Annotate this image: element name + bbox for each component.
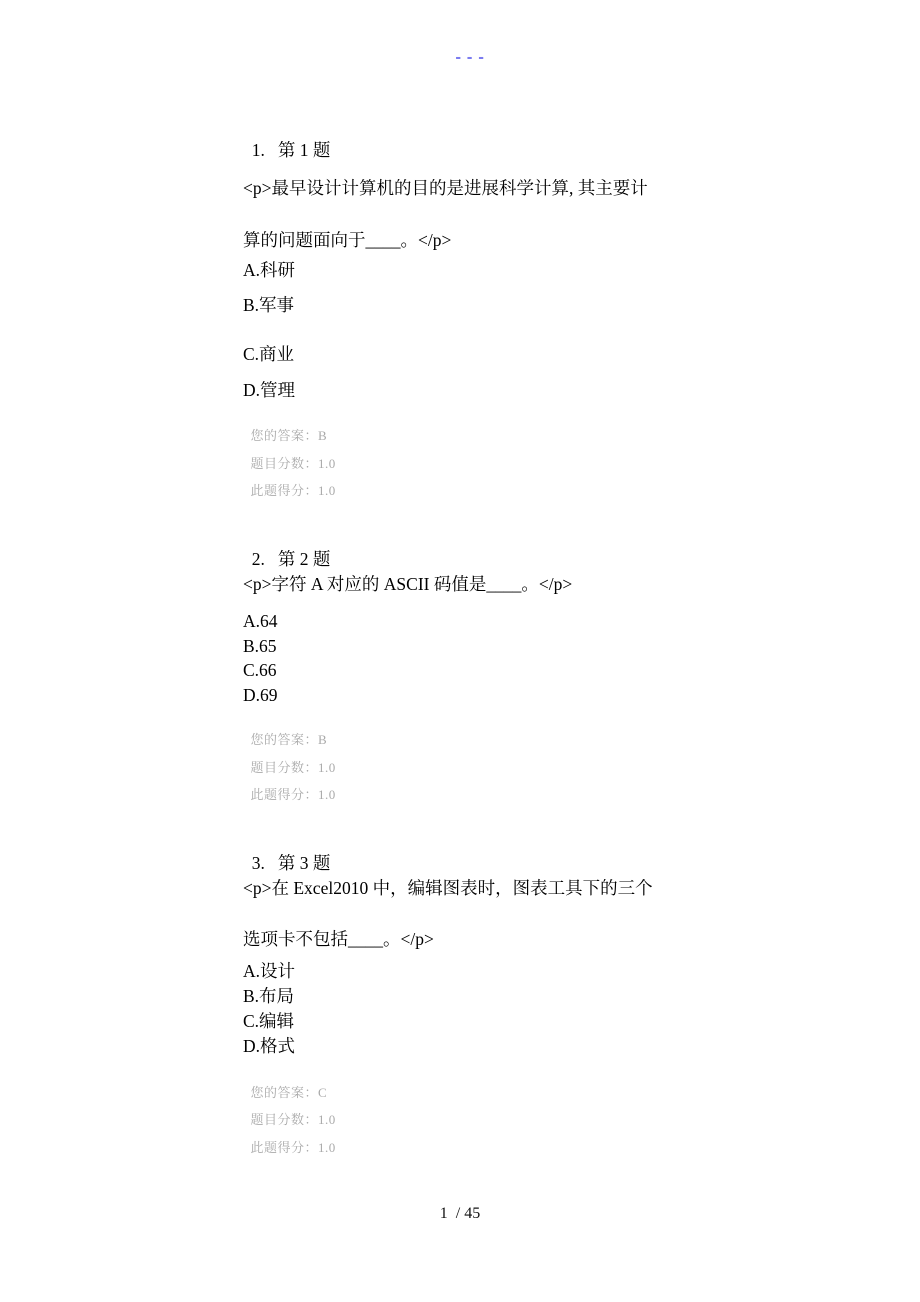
question-heading: 1.第 1 题 bbox=[243, 118, 330, 162]
earned-label: 此题得分 bbox=[251, 1140, 305, 1155]
earned-value: 1.0 bbox=[318, 787, 336, 802]
separator: ： bbox=[305, 483, 319, 498]
earned-score-line: 此题得分：1.0 bbox=[243, 1124, 336, 1157]
earned-label: 此题得分 bbox=[251, 787, 305, 802]
separator: ： bbox=[305, 1140, 319, 1155]
question-text-line: <p>在 Excel2010 中，编辑图表时，图表工具下的三个 bbox=[243, 878, 653, 900]
question-title: 第 2 题 bbox=[278, 549, 331, 569]
question-text-line: 算的问题面向于____。</p> bbox=[243, 230, 451, 252]
question-number: 3. bbox=[252, 853, 265, 875]
option-c: C.商业 bbox=[243, 344, 294, 366]
option-a: A.64 bbox=[243, 611, 278, 633]
option-d: D.格式 bbox=[243, 1036, 295, 1058]
earned-value: 1.0 bbox=[318, 483, 336, 498]
option-b: B.65 bbox=[243, 636, 277, 658]
document-page: { "page": { "top_dashes": "---", "footer… bbox=[0, 0, 920, 1302]
top-dashes: --- bbox=[454, 50, 488, 68]
earned-value: 1.0 bbox=[318, 1140, 336, 1155]
option-d: D.管理 bbox=[243, 380, 295, 402]
question-heading: 2.第 2 题 bbox=[243, 527, 330, 571]
page-number: 1 / 45 bbox=[0, 1204, 920, 1224]
question-text-line: <p>最早设计计算机的目的是进展科学计算, 其主要计 bbox=[243, 178, 648, 200]
question-heading: 3.第 3 题 bbox=[243, 831, 330, 875]
question-number: 1. bbox=[252, 140, 265, 162]
option-d: D.69 bbox=[243, 685, 278, 707]
earned-label: 此题得分 bbox=[251, 483, 305, 498]
option-b: B.布局 bbox=[243, 986, 294, 1008]
question-number: 2. bbox=[252, 549, 265, 571]
earned-score-line: 此题得分：1.0 bbox=[243, 771, 336, 804]
option-b: B.军事 bbox=[243, 295, 294, 317]
option-c: C.66 bbox=[243, 660, 277, 682]
question-text-line: 选项卡不包括____。</p> bbox=[243, 929, 434, 951]
option-a: A.设计 bbox=[243, 961, 295, 983]
separator: ： bbox=[305, 787, 319, 802]
question-text-line: <p>字符 A 对应的 ASCII 码值是____。</p> bbox=[243, 574, 572, 596]
question-title: 第 3 题 bbox=[278, 853, 331, 873]
option-a: A.科研 bbox=[243, 260, 295, 282]
earned-score-line: 此题得分：1.0 bbox=[243, 467, 336, 500]
question-title: 第 1 题 bbox=[278, 140, 331, 160]
option-c: C.编辑 bbox=[243, 1011, 294, 1033]
